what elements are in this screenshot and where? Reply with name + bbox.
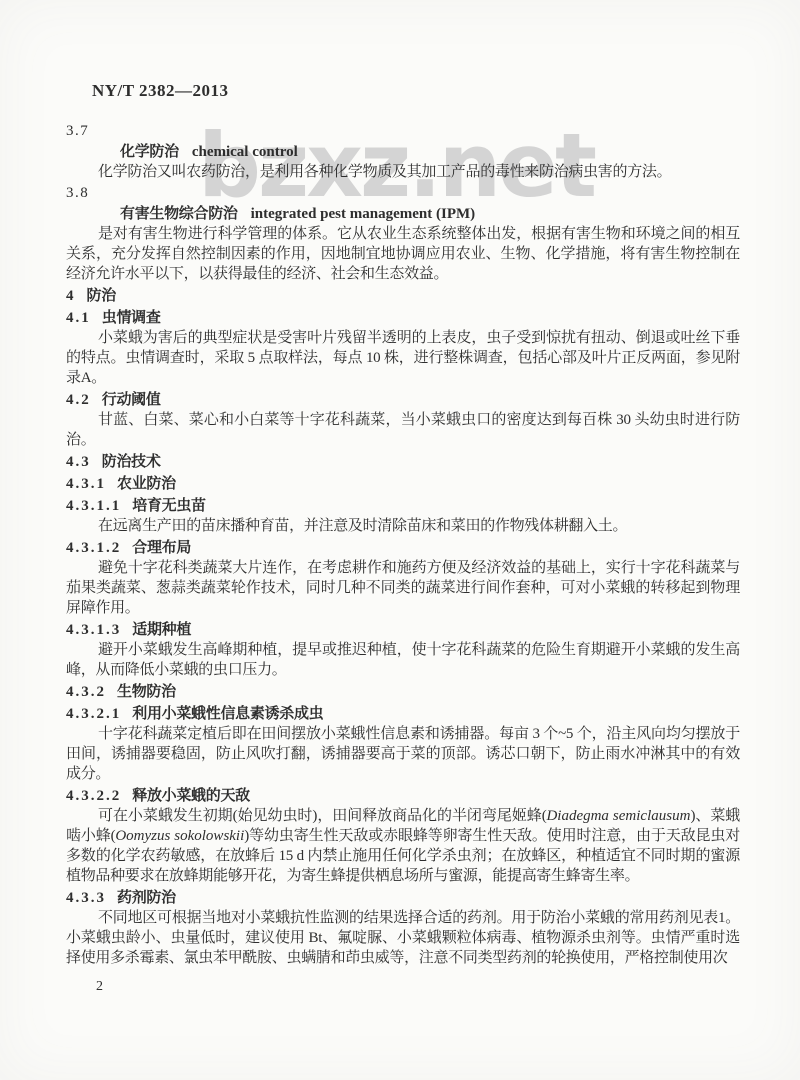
term-title-en: integrated pest management (IPM) — [251, 206, 476, 222]
clause-section: 4.3.2.1利用小菜蛾性信息素诱杀成虫 十字花科蔬菜定植后即在田间摆放小菜蛾性… — [66, 704, 740, 784]
clause-section: 4.2行动阈值 甘蓝、白菜、菜心和小白菜等十字花科蔬菜，当小菜蛾虫口的密度达到每… — [66, 390, 740, 450]
clause-title: 药剂防治 — [117, 890, 176, 906]
clause-number: 4.3.1.2 — [66, 540, 121, 556]
clause-section: 4.3.1.3适期种植 避开小菜蛾发生高峰期种植，提早或推迟种植，使十字花科蔬菜… — [66, 620, 740, 680]
clause-section: 4.3.1.2合理布局 避免十字花科类蔬菜大片连作，在考虑耕作和施药方便及经济效… — [66, 538, 740, 618]
clause-number: 4.3.1.1 — [66, 498, 121, 514]
clause-body: 避免十字花科类蔬菜大片连作，在考虑耕作和施药方便及经济效益的基础上，实行十字花科… — [66, 558, 740, 618]
page-number: 2 — [96, 977, 740, 997]
term-definition: 化学防治又叫农药防治，是利用各种化学物质及其加工产品的毒性来防治病虫害的方法。 — [66, 162, 740, 182]
clause-title: 虫情调查 — [102, 310, 161, 326]
clause-heading: 4.1虫情调查 — [66, 308, 740, 328]
clause-heading: 4.3.1.2合理布局 — [66, 538, 740, 558]
standard-number-header: NY/T 2382—2013 — [92, 82, 740, 100]
clause-body: 可在小菜蛾发生初期(始见幼虫时)，田间释放商品化的半闭弯尾姬蜂(Diadegma… — [66, 806, 740, 886]
term-title-en: chemical control — [192, 144, 298, 160]
clause-heading: 4.3.2生物防治 — [66, 682, 740, 702]
clause-title: 生物防治 — [117, 684, 176, 700]
clause-title: 农业防治 — [117, 476, 176, 492]
clause-title: 适期种植 — [132, 622, 191, 638]
clause-body: 避开小菜蛾发生高峰期种植，提早或推迟种植，使十字花科蔬菜的危险生育期避开小菜蛾的… — [66, 640, 740, 680]
clause-number: 4.3.2.2 — [66, 788, 121, 804]
clause-title: 利用小菜蛾性信息素诱杀成虫 — [132, 706, 323, 722]
clause-title: 防治技术 — [102, 454, 161, 470]
clause-title: 合理布局 — [132, 540, 191, 556]
clause-body: 甘蓝、白菜、菜心和小白菜等十字花科蔬菜，当小菜蛾虫口的密度达到每百株 30 头幼… — [66, 410, 740, 450]
term-number: 3.8 — [66, 183, 740, 203]
term-section: 3.7 化学防治chemical control 化学防治又叫农药防治，是利用各… — [66, 121, 740, 182]
clause-heading: 4防治 — [66, 286, 740, 306]
species-name: Oomyzus sokolowskii — [115, 828, 244, 844]
clause-section: 4.3.1农业防治 — [66, 474, 740, 494]
clause-number: 4.3.2.1 — [66, 706, 121, 722]
clause-title: 行动阈值 — [102, 392, 161, 408]
clause-section: 4.1虫情调查 小菜蛾为害后的典型症状是受害叶片残留半透明的上表皮，虫子受到惊扰… — [66, 308, 740, 388]
clause-heading: 4.2行动阈值 — [66, 390, 740, 410]
clause-section: 4.3.2生物防治 — [66, 682, 740, 702]
clause-heading: 4.3.2.2释放小菜蛾的天敌 — [66, 786, 740, 806]
clause-title: 释放小菜蛾的天敌 — [132, 788, 250, 804]
clause-number: 4.3.1.3 — [66, 622, 121, 638]
term-heading: 有害生物综合防治integrated pest management (IPM) — [66, 204, 740, 224]
scanned-document-page: bzxz.net NY/T 2382—2013 3.7 化学防治chemical… — [0, 0, 800, 1080]
term-definition: 是对有害生物进行科学管理的体系。它从农业生态系统整体出发，根据有害生物和环境之间… — [66, 224, 740, 284]
clause-number: 4.1 — [66, 310, 91, 326]
species-name: Diadegma semiclausum — [546, 808, 690, 824]
term-number: 3.7 — [66, 121, 740, 141]
clause-section: 4防治 — [66, 286, 740, 306]
clause-body: 不同地区可根据当地对小菜蛾抗性监测的结果选择合适的药剂。用于防治小菜蛾的常用药剂… — [66, 908, 740, 968]
clause-heading: 4.3.2.1利用小菜蛾性信息素诱杀成虫 — [66, 704, 740, 724]
term-section: 3.8 有害生物综合防治integrated pest management (… — [66, 183, 740, 284]
clause-body-text: 可在小菜蛾发生初期(始见幼虫时)，田间释放商品化的半闭弯尾姬蜂( — [98, 808, 546, 824]
clause-section: 4.3.2.2释放小菜蛾的天敌 可在小菜蛾发生初期(始见幼虫时)，田间释放商品化… — [66, 786, 740, 886]
clause-heading: 4.3.1农业防治 — [66, 474, 740, 494]
clause-number: 4.2 — [66, 392, 91, 408]
clause-title: 防治 — [87, 288, 116, 304]
clause-title: 培育无虫苗 — [132, 498, 206, 514]
clause-section: 4.3防治技术 — [66, 452, 740, 472]
clause-number: 4 — [66, 288, 76, 304]
term-title-zh: 化学防治 — [120, 144, 179, 160]
clause-number: 4.3.3 — [66, 890, 106, 906]
term-title-zh: 有害生物综合防治 — [120, 206, 238, 222]
clause-body: 十字花科蔬菜定植后即在田间摆放小菜蛾性信息素和诱捕器。每亩 3 个~5 个，沿主… — [66, 724, 740, 784]
clause-body: 在远离生产田的苗床播种育苗，并注意及时清除苗床和菜田的作物残体耕翻入土。 — [66, 516, 740, 536]
clause-number: 4.3.1 — [66, 476, 106, 492]
clause-heading: 4.3.1.1培育无虫苗 — [66, 496, 740, 516]
page-content: NY/T 2382—2013 3.7 化学防治chemical control … — [0, 0, 800, 997]
clause-number: 4.3 — [66, 454, 91, 470]
clause-section: 4.3.3药剂防治 不同地区可根据当地对小菜蛾抗性监测的结果选择合适的药剂。用于… — [66, 888, 740, 968]
clause-number: 4.3.2 — [66, 684, 106, 700]
clause-heading: 4.3.1.3适期种植 — [66, 620, 740, 640]
clause-section: 4.3.1.1培育无虫苗 在远离生产田的苗床播种育苗，并注意及时清除苗床和菜田的… — [66, 496, 740, 536]
clause-body: 小菜蛾为害后的典型症状是受害叶片残留半透明的上表皮，虫子受到惊扰有扭动、倒退或吐… — [66, 328, 740, 388]
term-heading: 化学防治chemical control — [66, 142, 740, 162]
clause-heading: 4.3.3药剂防治 — [66, 888, 740, 908]
clause-heading: 4.3防治技术 — [66, 452, 740, 472]
